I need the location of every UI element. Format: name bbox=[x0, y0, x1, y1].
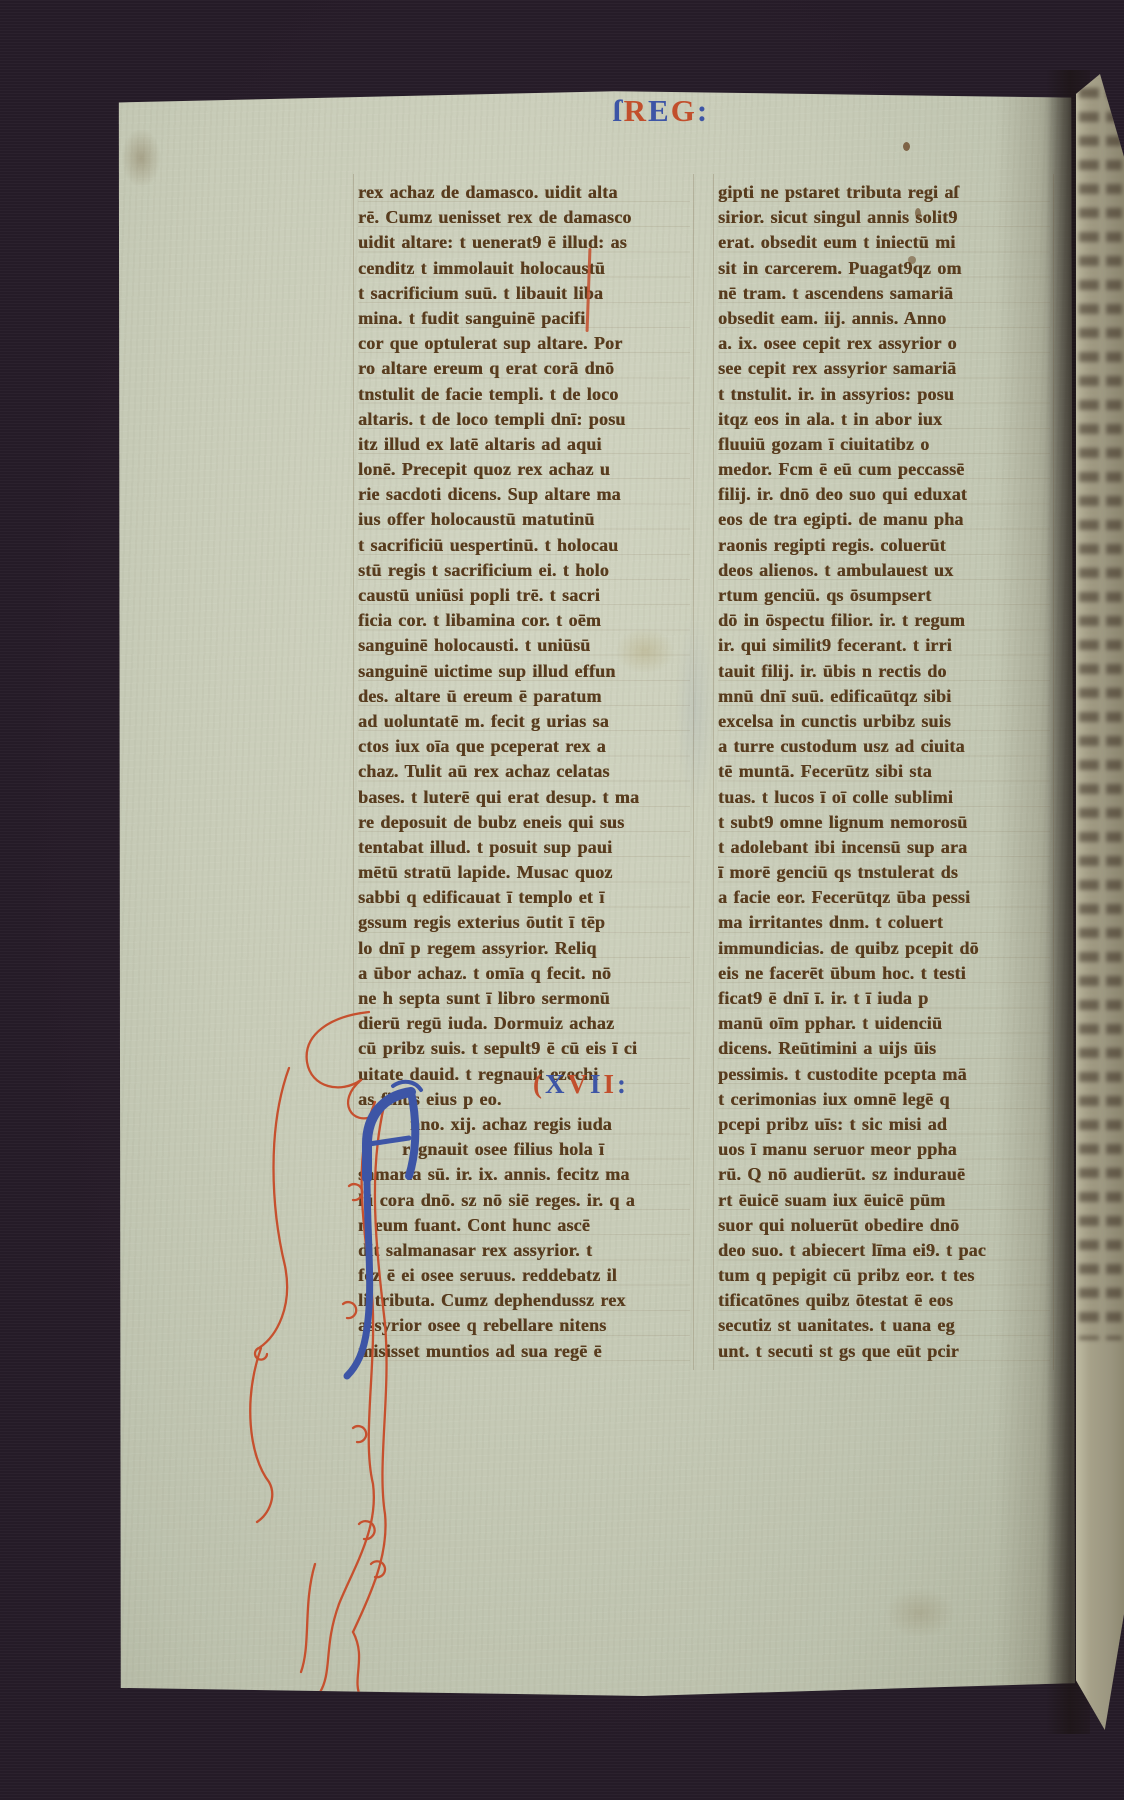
text-line: tnstulit de facie templi. t de loco bbox=[358, 382, 690, 407]
text-line: sirior. sicut singul annis solit9 bbox=[718, 205, 1050, 230]
text-line: tificatōnes quibz ōtestat ē eos bbox=[718, 1288, 1050, 1313]
text-line: sabbi q edificauat ī templo et ī bbox=[358, 885, 690, 910]
text-line: tum q pepigit cū pribz eor. t tes bbox=[718, 1263, 1050, 1288]
text-line: stū regis t sacrificium ei. t holo bbox=[358, 558, 690, 583]
text-line: t sacrificium suū. t libauit liba bbox=[358, 281, 690, 306]
running-title-letter: R bbox=[624, 91, 648, 131]
text-line: uidit altare: t uenerat9 ē illud: as bbox=[358, 230, 690, 255]
running-title-letter: E bbox=[648, 91, 671, 131]
text-line: t subt9 omne lignum nemorosū bbox=[718, 810, 1050, 835]
text-line: tuas. t lucos ī oī colle sublimi bbox=[718, 785, 1050, 810]
running-title-letter: ſ bbox=[613, 91, 624, 131]
rubric-letter: I bbox=[590, 1070, 604, 1098]
fore-edge-blurred-text bbox=[1106, 88, 1122, 1340]
text-line: mnū dnī suū. edificaūtqz sibi bbox=[718, 684, 1050, 709]
text-line: fluuiū gozam ī ciuitatibz o bbox=[718, 432, 1050, 457]
text-line: dō in ōspectu filior. ir. t regum bbox=[718, 608, 1050, 633]
rubric-letter: : bbox=[617, 1070, 629, 1098]
text-line: tentabat illud. t posuit sup paui bbox=[358, 835, 690, 860]
text-line: uos ī manu seruor meor ppha bbox=[718, 1137, 1050, 1162]
rubric-letter: I bbox=[604, 1070, 618, 1098]
text-line: eos de tra egipti. de manu pha bbox=[718, 507, 1050, 532]
text-line: suor qui noluerūt obedire dnō bbox=[718, 1213, 1050, 1238]
text-line: rie sacdoti dicens. Sup altare ma bbox=[358, 482, 690, 507]
book-fore-edge bbox=[1076, 74, 1124, 1730]
text-line: pessimis. t custodite pcepta mā bbox=[718, 1062, 1050, 1087]
text-line: chaz. Tulit aū rex achaz celatas bbox=[358, 759, 690, 784]
text-line: a. ix. osee cepit rex assyrior o bbox=[718, 331, 1050, 356]
text-line: t adolebant ibi incensū sup ara bbox=[718, 835, 1050, 860]
text-line: nē tram. t ascendens samariā bbox=[718, 281, 1050, 306]
text-line: tē muntā. Fecerūtz sibi sta bbox=[718, 759, 1050, 784]
chapter-number-rubric: (XVII: bbox=[533, 1070, 629, 1098]
text-line: rū. Q nō audierūt. sz indurauē bbox=[718, 1162, 1050, 1187]
text-line: see cepit rex assyrior samariā bbox=[718, 356, 1050, 381]
text-line: deo suo. t abiecert līma ei9. t pac bbox=[718, 1238, 1050, 1263]
text-line: unt. t secuti st gs que eūt pcir bbox=[718, 1339, 1050, 1364]
text-line: gssum regis exterius ōutit ī tēp bbox=[358, 910, 690, 935]
text-line: manū oīm pphar. t uidenciū bbox=[718, 1011, 1050, 1036]
text-line: mina. t fudit sanguinē pacifi bbox=[358, 306, 690, 331]
text-line: raonis regipti regis. coluerūt bbox=[718, 533, 1050, 558]
text-line: t tnstulit. ir. in assyrios: posu bbox=[718, 382, 1050, 407]
text-line: rē. Cumz uenisset rex de damasco bbox=[358, 205, 690, 230]
text-line: secutiz st uanitates. t uana eg bbox=[718, 1313, 1050, 1338]
text-line: cenditz t immolauit holocaustū bbox=[358, 256, 690, 281]
text-line: sit in carcerem. Puagat9qz om bbox=[718, 256, 1050, 281]
text-line: gipti ne pstaret tributa regi aſ bbox=[718, 180, 1050, 205]
text-line: rex achaz de damasco. uidit alta bbox=[358, 180, 690, 205]
rubric-letter: X bbox=[545, 1070, 568, 1098]
running-title: ſREG: bbox=[613, 90, 709, 132]
text-line: rt ēuicē suam iux ēuicē pūm bbox=[718, 1188, 1050, 1213]
text-line: immundicias. de quibz pcepit dō bbox=[718, 936, 1050, 961]
ruling-line-vertical bbox=[713, 174, 714, 1370]
text-line: filij. ir. dnō deo suo qui eduxat bbox=[718, 482, 1050, 507]
text-line: a ūbor achaz. t omīa q fecit. nō bbox=[358, 961, 690, 986]
rubric-letter: V bbox=[568, 1070, 591, 1098]
fore-edge-blurred-text bbox=[1079, 88, 1099, 1340]
rubric-letter: ( bbox=[533, 1070, 545, 1098]
text-line: re deposuit de bubz eneis qui sus bbox=[358, 810, 690, 835]
text-line: itqz eos in ala. t in abor iux bbox=[718, 407, 1050, 432]
text-line: ī morē genciū qs tnstulerat ds bbox=[718, 860, 1050, 885]
text-line: des. altare ū ereum ē paratum bbox=[358, 684, 690, 709]
text-line: ficat9 ē dnī ī. ir. t ī iuda p bbox=[718, 986, 1050, 1011]
parchment-stain bbox=[121, 128, 161, 188]
parchment-stain bbox=[615, 628, 675, 674]
text-line: ir. qui similit9 fecerant. t irri bbox=[718, 633, 1050, 658]
text-line: pcepi pribz uīs: t sic misi ad bbox=[718, 1112, 1050, 1137]
decorated-initial-A bbox=[331, 1076, 427, 1386]
text-line: t sacrificiū uespertinū. t holocau bbox=[358, 533, 690, 558]
text-line: cor que optulerat sup altare. Por bbox=[358, 331, 690, 356]
text-line: ad uoluntatē m. fecit g urias sa bbox=[358, 709, 690, 734]
text-line: a facie eor. Fecerūtqz ūba pessi bbox=[718, 885, 1050, 910]
text-line: caustū uniūsi popli trē. t sacri bbox=[358, 583, 690, 608]
text-line: ma irritantes dnm. t coluert bbox=[718, 910, 1050, 935]
text-line: bases. t luterē qui erat desup. t ma bbox=[358, 785, 690, 810]
show-through-mark bbox=[675, 608, 715, 808]
ink-speck bbox=[903, 142, 910, 151]
text-line: a turre custodum usz ad ciuita bbox=[718, 734, 1050, 759]
text-line: ro altare ereum q erat corā dnō bbox=[358, 356, 690, 381]
text-line: ius offer holocaustū matutinū bbox=[358, 507, 690, 532]
text-line: lo dnī p regem assyrior. Reliq bbox=[358, 936, 690, 961]
manuscript-page: ſREG: rex achaz de damasco. uidit altarē… bbox=[115, 88, 1075, 1696]
text-line: obsedit eam. iij. annis. Anno bbox=[718, 306, 1050, 331]
running-title-letter: G bbox=[671, 91, 697, 131]
text-line: tauit filij. ir. ūbis n rectis do bbox=[718, 659, 1050, 684]
text-line: excelsa in cunctis urbibz suis bbox=[718, 709, 1050, 734]
text-line: lonē. Precepit quoz rex achaz u bbox=[358, 457, 690, 482]
running-title-letter: : bbox=[697, 91, 709, 131]
text-line: medor. Fcm ē eū cum peccassē bbox=[718, 457, 1050, 482]
text-line: altaris. t de loco templi dnī: posu bbox=[358, 407, 690, 432]
ink-speck bbox=[915, 208, 921, 218]
text-column-right: gipti ne pstaret tributa regi aſsirior. … bbox=[718, 180, 1050, 1364]
text-line: ctos iux oīa que pceperat rex a bbox=[358, 734, 690, 759]
text-line: mētū stratū lapide. Musac quoz bbox=[358, 860, 690, 885]
text-line: t cerimonias iux omnē legē q bbox=[718, 1087, 1050, 1112]
text-line: rtum genciū. qs ōsumpsert bbox=[718, 583, 1050, 608]
text-line: erat. obsedit eum t iniectū mi bbox=[718, 230, 1050, 255]
text-line: dicens. Reūtimini a uijs ūis bbox=[718, 1036, 1050, 1061]
ink-speck bbox=[908, 256, 916, 264]
text-line: deos alienos. t ambulauest ux bbox=[718, 558, 1050, 583]
parchment-stain bbox=[885, 1588, 955, 1638]
text-line: eis ne facerēt ūbum hoc. t testi bbox=[718, 961, 1050, 986]
text-line: itz illud ex latē altaris ad aqui bbox=[358, 432, 690, 457]
